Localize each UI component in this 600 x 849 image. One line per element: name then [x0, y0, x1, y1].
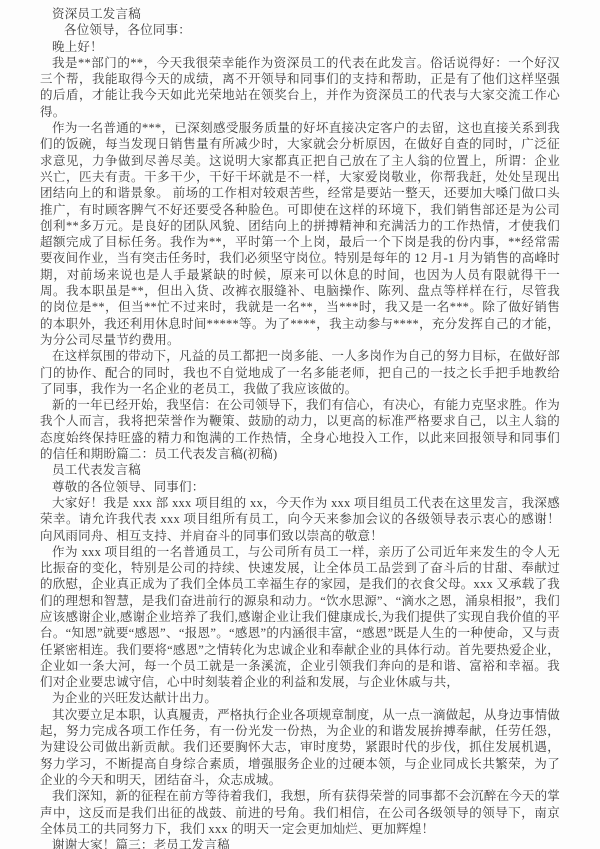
paragraph-work-experience: 作为一名普通的***，已深刻感受服务质量的好坏直接决定客户的去留，这也直接关系到…	[40, 120, 560, 348]
paragraph-future: 我们深知，新的征程在前方等待着我们，我想，所有获得荣誉的同事都不会沉醉在今天的掌…	[40, 788, 560, 837]
paragraph-duty: 其次要立足本职，认真履责，严格执行企业各项规章制度，从一点一滴做起，从身边事情做…	[40, 707, 560, 788]
paragraph-intro: 我是**部门的**，今天我很荣幸能作为资深员工的代表在此发言。俗话说得好：一个好…	[40, 55, 560, 120]
paragraph-contribute-line: 为企业的兴旺发达献计出力。	[40, 690, 560, 706]
section-two-salutation: 尊敬的各位领导、同事们：	[40, 479, 560, 495]
paragraph-thanks: 大家好！我是 xxx 部 xxx 项目组的 xx，今天作为 xxx 项目组员工代…	[40, 495, 560, 544]
closing-line: 谢谢大家！篇三：老员工发言稿	[40, 837, 560, 849]
document-title: 资深员工发言稿	[40, 6, 560, 22]
section-two-title: 员工代表发言稿	[40, 462, 560, 478]
paragraph-multi-skill: 在这样氛围的带动下，凡益的员工都把一岗多能、一人多岗作为自己的努力目标，在做好部…	[40, 348, 560, 397]
paragraph-new-year: 新的一年已经开始，我坚信：在公司领导下，我们有信心，有决心，有能力克坚求胜。作为…	[40, 397, 560, 462]
salutation-line: 各位领导，各位同事：	[40, 22, 560, 38]
document-page: 资深员工发言稿 各位领导，各位同事： 晚上好！ 我是**部门的**，今天我很荣幸…	[0, 0, 600, 849]
paragraph-gratitude: 作为 xxx 项目组的一名普通员工，与公司所有员工一样，亲历了公司近年来发生的令…	[40, 544, 560, 691]
greeting-line: 晚上好！	[40, 39, 560, 55]
